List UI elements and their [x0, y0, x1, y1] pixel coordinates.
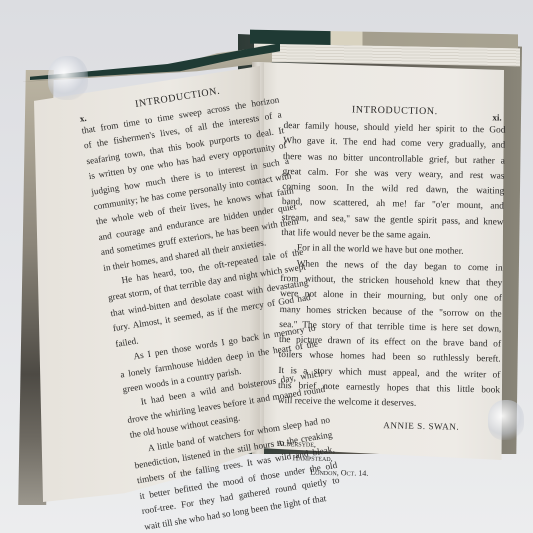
paragraph: dear family house, should yield her spir… [281, 119, 506, 246]
photo-scene: x. INTRODUCTION. that from time to time … [0, 0, 533, 533]
right-page-body: dear family house, should yield her spir… [278, 119, 506, 414]
author-address: Aldersyde, Hampstead, London, Oct. 14. [276, 437, 499, 484]
page-clip-icon [488, 400, 524, 440]
running-head: INTRODUCTION. [284, 101, 506, 121]
right-page-text: INTRODUCTION. xi. dear family house, sho… [276, 103, 506, 484]
paragraph: that from time to time sweep across the … [81, 93, 303, 276]
paragraph: When the news of the day began to come i… [278, 257, 503, 415]
page-number: xi. [492, 110, 502, 125]
author-signature: ANNIE S. SWAN. [277, 416, 499, 436]
page-clip-icon [48, 56, 88, 100]
